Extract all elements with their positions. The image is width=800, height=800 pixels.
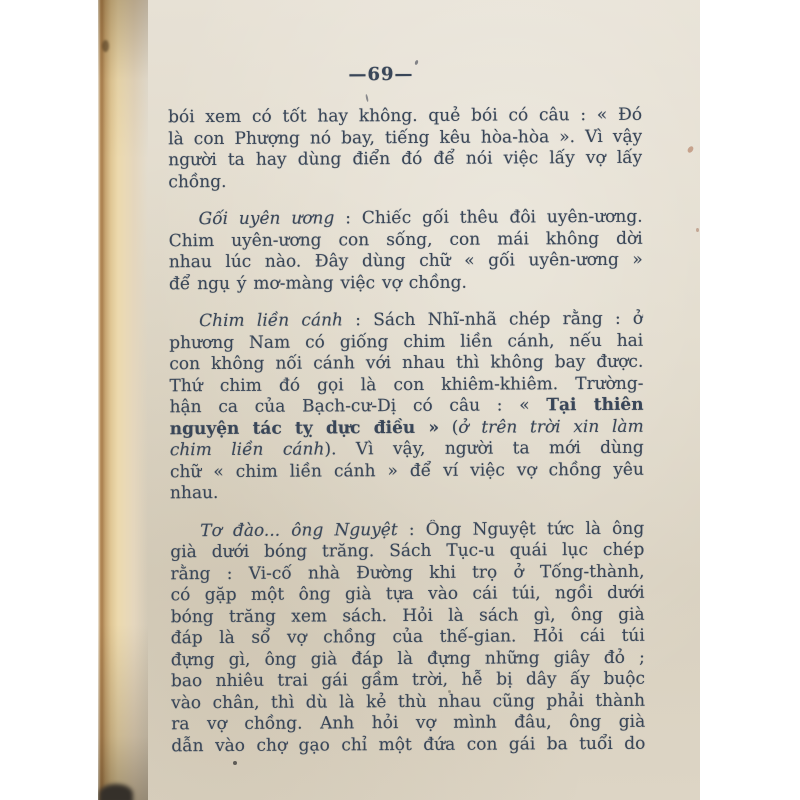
- text-line: dẫn vào chợ gạo chỉ một đứa con gái ba t…: [171, 733, 645, 757]
- paper-speck: [448, 690, 451, 693]
- text-line: bao nhiêu trai gái gầm trời, hễ bị dây ấ…: [171, 669, 645, 693]
- text-line: nhau lúc nào. Đây dùng chữ « gối uyên-ươ…: [169, 250, 643, 274]
- text-segment: chồng.: [168, 171, 226, 191]
- text-segment: Tơ đào... ông Nguyệt: [200, 520, 398, 541]
- text-segment: nhau.: [170, 483, 218, 503]
- text-line: ra vợ chồng. Anh hỏi vợ mình đâu, ông gi…: [171, 712, 645, 736]
- text-line: đáp là sổ vợ chồng của thế-gian. Hỏi cái…: [171, 626, 645, 650]
- paragraph: Gối uyên ương : Chiếc gối thêu đôi uyên-…: [169, 207, 643, 295]
- text-segment: rằng : Vi-cố nhà Đường khi trọ ở Tống-th…: [170, 561, 644, 583]
- text-segment: (: [439, 417, 458, 437]
- text-line: Tơ đào... ông Nguyệt : Ông Nguyệt tức là…: [170, 518, 644, 542]
- text-line: vào chân, thì dù là kẻ thù nhau cũng phả…: [171, 690, 645, 714]
- text-line: Thứ chim đó gọi là con khiêm-khiêm. Trườ…: [169, 373, 643, 397]
- text-line: Gối uyên ương : Chiếc gối thêu đôi uyên-…: [169, 207, 643, 231]
- text-segment: nguyện tác tỵ dực điều »: [170, 417, 439, 438]
- book-page-photo: —69— bói xem có tốt hay không. quẻ bói c…: [98, 0, 700, 800]
- text-segment: : Ông Nguyệt tức là ông: [398, 518, 645, 539]
- text-segment: ). Vì vậy, người ta mới dùng: [324, 438, 643, 460]
- page-edge-shadow: [98, 0, 148, 800]
- text-segment: vào chân, thì dù là kẻ thù nhau cũng phả…: [171, 690, 645, 712]
- text-segment: con không nối cánh với nhau thì không ba…: [169, 352, 643, 374]
- text-segment: bao nhiêu trai gái gầm trời, hễ bị dây ấ…: [171, 669, 645, 691]
- text-segment: ở trên trời xin làm: [458, 416, 643, 437]
- text-line: nhau.: [170, 481, 644, 505]
- text-line: là con Phượng nó bay, tiếng kêu hòa-hòa …: [168, 126, 642, 150]
- text-segment: chim liền cánh: [170, 439, 325, 460]
- text-segment: bóng trăng xem sách. Hỏi là sách gì, ông…: [171, 604, 645, 626]
- text-line: chồng.: [168, 169, 642, 193]
- paper-speck: [365, 94, 369, 102]
- paper-speck: [233, 761, 237, 765]
- text-segment: có gặp một ông già tựa vào cái túi, ngồi…: [171, 583, 645, 605]
- text-line: con không nối cánh với nhau thì không ba…: [169, 352, 643, 376]
- text-segment: Chim uyên-ương con sống, con mái không d…: [169, 228, 643, 250]
- text-segment: là con Phượng nó bay, tiếng kêu hòa-hòa …: [168, 126, 642, 148]
- screenshot-canvas: —69— bói xem có tốt hay không. quẻ bói c…: [0, 0, 800, 800]
- text-segment: bói xem có tốt hay không. quẻ bói có câu…: [168, 105, 642, 127]
- text-line: bóng trăng xem sách. Hỏi là sách gì, ông…: [171, 604, 645, 628]
- page-text: bói xem có tốt hay không. quẻ bói có câu…: [168, 105, 645, 773]
- text-line: hận ca của Bạch-cư-Dị có câu : « Tại thi…: [170, 395, 644, 419]
- text-segment: phương Nam có giống chim liền cánh, nếu …: [169, 330, 643, 352]
- paragraph: bói xem có tốt hay không. quẻ bói có câu…: [168, 105, 642, 193]
- text-segment: : Chiếc gối thêu đôi uyên-ương.: [334, 207, 642, 229]
- text-segment: đáp là sổ vợ chồng của thế-gian. Hỏi cái…: [171, 626, 645, 648]
- text-segment: để ngụ ý mơ-màng việc vợ chồng.: [169, 272, 467, 294]
- text-line: bói xem có tốt hay không. quẻ bói có câu…: [168, 105, 642, 129]
- text-segment: nhau lúc nào. Đây dùng chữ « gối uyên-ươ…: [169, 250, 643, 272]
- text-segment: : Sách Nhĩ-nhã chép rằng : ở: [343, 309, 643, 331]
- text-segment: Gối uyên ương: [199, 208, 335, 229]
- text-line: Chim liền cánh : Sách Nhĩ-nhã chép rằng …: [169, 309, 643, 333]
- page-number: —69—: [144, 63, 618, 86]
- paragraph: Tơ đào... ông Nguyệt : Ông Nguyệt tức là…: [170, 518, 645, 757]
- text-line: để ngụ ý mơ-màng việc vợ chồng.: [169, 271, 643, 295]
- text-line: Chim uyên-ương con sống, con mái không d…: [169, 228, 643, 252]
- text-line: chữ « chim liền cánh » để ví việc vợ chồ…: [170, 459, 644, 483]
- text-segment: Tại thiên: [546, 395, 643, 416]
- paper-speck: [686, 145, 694, 154]
- text-line: phương Nam có giống chim liền cánh, nếu …: [169, 330, 643, 354]
- text-line: người ta hay dùng điển đó để nói việc lấ…: [168, 148, 642, 172]
- text-segment: già dưới bóng trăng. Sách Tục-u quái lục…: [170, 540, 644, 562]
- text-segment: dẫn vào chợ gạo chỉ một đứa con gái ba t…: [171, 733, 645, 755]
- text-segment: ra vợ chồng. Anh hỏi vợ mình đâu, ông gi…: [171, 712, 645, 734]
- text-segment: hận ca của Bạch-cư-Dị có câu : «: [170, 395, 547, 417]
- edge-smudge: [102, 40, 109, 52]
- text-segment: Thứ chim đó gọi là con khiêm-khiêm. Trườ…: [169, 373, 643, 395]
- text-line: nguyện tác tỵ dực điều » (ở trên trời xi…: [170, 416, 644, 440]
- text-line: già dưới bóng trăng. Sách Tục-u quái lục…: [170, 540, 644, 564]
- text-line: có gặp một ông già tựa vào cái túi, ngồi…: [171, 583, 645, 607]
- text-segment: người ta hay dùng điển đó để nói việc lấ…: [168, 148, 642, 170]
- text-line: đựng gì, ông già đáp là đựng những giây …: [171, 647, 645, 671]
- text-segment: Chim liền cánh: [199, 310, 343, 331]
- text-line: rằng : Vi-cố nhà Đường khi trọ ở Tống-th…: [170, 561, 644, 585]
- bottom-left-ink-blob: [99, 784, 133, 800]
- text-line: chim liền cánh). Vì vậy, người ta mới dù…: [170, 438, 644, 462]
- text-segment: đựng gì, ông già đáp là đựng những giây …: [171, 647, 645, 669]
- paper-speck: [696, 228, 699, 232]
- text-segment: chữ « chim liền cánh » để ví việc vợ chồ…: [170, 459, 644, 481]
- paragraph: Chim liền cánh : Sách Nhĩ-nhã chép rằng …: [169, 309, 644, 505]
